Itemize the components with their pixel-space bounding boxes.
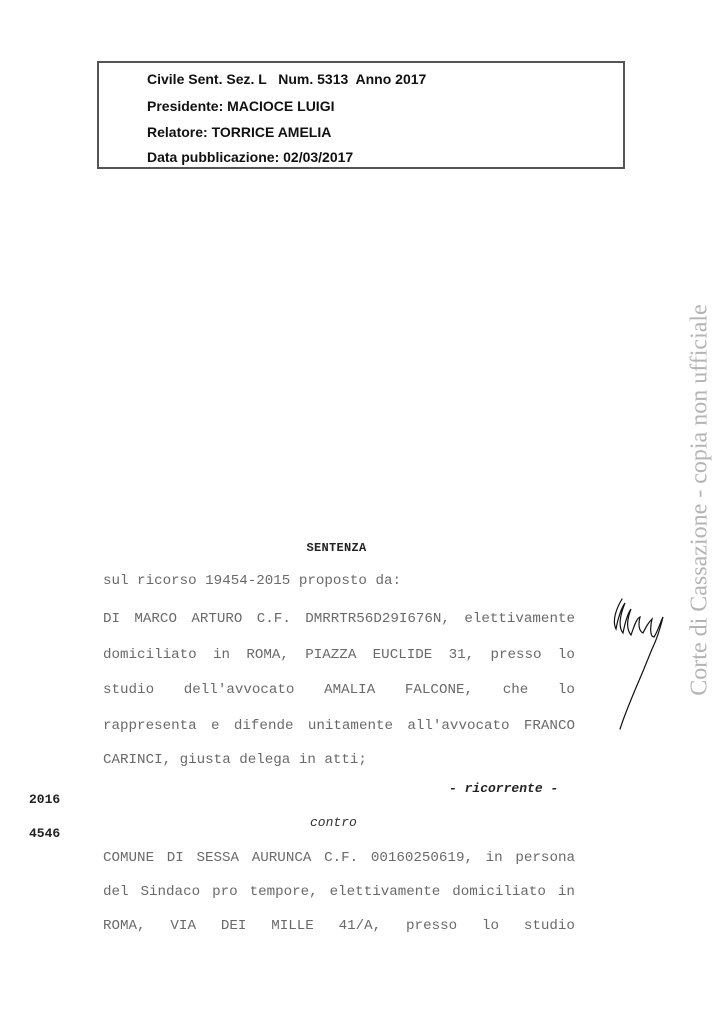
word: studio [524,918,575,934]
word: lo [482,918,499,934]
word: dell'avvocato [184,682,295,698]
word: difende [234,718,294,734]
rapporteur: Relatore: TORRICE AMELIA [147,124,331,140]
word: presso [406,918,457,934]
publication-date: Data pubblicazione: 02/03/2017 [147,149,353,165]
word: presso [490,647,541,663]
word: elettivamente [330,884,441,900]
word: AMALIA [324,682,375,698]
resistente-line: delSindacoprotempore,elettivamentedomici… [103,884,575,900]
word: C.F. [324,850,358,866]
margin-year: 2016 [29,792,60,807]
word: VIA [170,918,196,934]
header-info-box: Civile Sent. Sez. L Num. 5313 Anno 2017 … [97,61,625,169]
word: che [503,682,529,698]
watermark-text: Corte di Cassazione - copia non ufficial… [687,304,714,695]
word: COMUNE [103,850,154,866]
word: SESSA [197,850,240,866]
word: unitamente [308,718,393,734]
president: Presidente: MACIOCE LUIGI [147,98,334,114]
word: DI [167,850,184,866]
ricorrente-line: domiciliatoinROMA,PIAZZAEUCLIDE31,presso… [103,647,575,663]
document-title: SENTENZA [0,541,673,555]
resistente-line: COMUNEDISESSAAURUNCAC.F.00160250619,inpe… [103,850,575,866]
word: PIAZZA [305,647,356,663]
word: Sindaco [141,884,201,900]
word: ARTURO [191,611,242,627]
ricorrente-line: DIMARCOARTUROC.F.DMRRTR56D29I676N,eletti… [103,611,575,627]
word: persona [515,850,575,866]
word: 31, [449,647,475,663]
signature-icon [608,597,668,732]
word: lo [558,647,575,663]
word: studio [103,682,154,698]
word: del [103,884,129,900]
word: elettivamente [464,611,575,627]
word: FRANCO [524,718,575,734]
word: ROMA, [103,918,146,934]
word: ROMA, [246,647,289,663]
word: 41/A, [339,918,382,934]
word: domiciliato [452,884,546,900]
word: FALCONE, [405,682,473,698]
ricorrente-label: - ricorrente - [449,781,558,796]
word: C.F. [257,611,291,627]
word: tempore, [250,884,318,900]
word: e [211,718,220,734]
word: in [558,884,575,900]
intro-line: sul ricorso 19454-2015 proposto da: [103,573,401,589]
word: rappresenta [103,718,197,734]
ricorrente-last-line: CARINCI, giusta delega in atti; [103,752,367,768]
word: DI [103,611,120,627]
word: MARCO [134,611,177,627]
word: 00160250619, [371,850,473,866]
word: domiciliato [103,647,197,663]
word: AURUNCA [252,850,312,866]
resistente-line: ROMA,VIADEIMILLE41/A,pressolostudio [103,918,575,934]
word: all'avvocato [407,718,509,734]
word: DEI [221,918,247,934]
ricorrente-line: studiodell'avvocatoAMALIAFALCONE,chelo [103,682,575,698]
margin-number: 4546 [29,826,60,841]
word: DMRRTR56D29I676N, [305,611,450,627]
word: EUCLIDE [373,647,433,663]
word: in [213,647,230,663]
ricorrente-line: rappresentaedifendeunitamenteall'avvocat… [103,718,575,734]
word: pro [212,884,238,900]
case-reference: Civile Sent. Sez. L Num. 5313 Anno 2017 [147,71,426,87]
word: MILLE [271,918,314,934]
contro-label: contro [310,815,357,830]
word: in [486,850,503,866]
word: lo [558,682,575,698]
